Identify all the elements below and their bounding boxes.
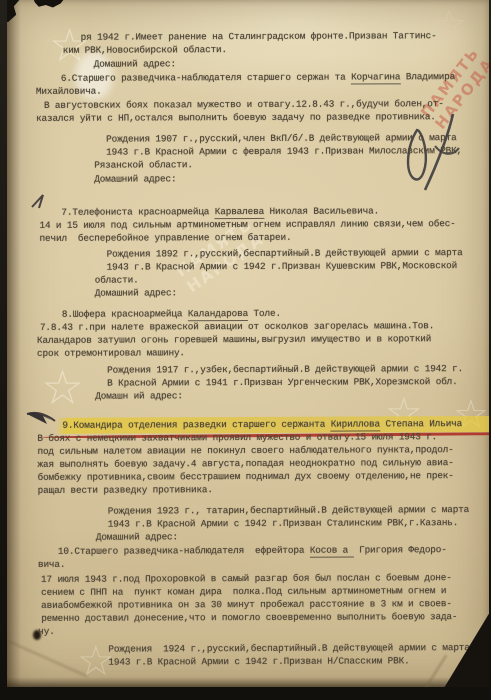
document-line: ря 1942 г.Имеет ранение на Сталинградско… bbox=[81, 30, 437, 43]
scanned-document-view: ☆ ☆ ☆ ☆ ☆ ☆ ПАМЯТЬ НАРОДА ПАМЯТЬ НАРОДА … bbox=[0, 0, 491, 700]
document-line: 1943 г.В Красной Армии с 1942 г.Призван … bbox=[107, 260, 458, 273]
text-segment: ращал вести разведку противника. bbox=[38, 484, 213, 496]
document-line: В боях с немецкими захватчиками проявил … bbox=[37, 431, 437, 444]
text-segment: жая выполнять боевую задачу.4 августа,по… bbox=[38, 457, 454, 470]
text-segment: Николая Васильевича. bbox=[264, 205, 379, 217]
text-segment: вича. bbox=[38, 559, 65, 570]
text-segment: 6.Старшего разведчика-наблюдателя старше… bbox=[61, 72, 351, 84]
document-line: Рязанской области. bbox=[94, 159, 193, 170]
document-line: 6.Старшего разведчика-наблюдателя старше… bbox=[61, 71, 455, 84]
document-line: В Красной Армии с 1941 г.Призван Ургенче… bbox=[107, 376, 458, 389]
text-segment: 9.Командира отделения разведки старшего … bbox=[62, 419, 330, 431]
text-segment: 14 и 15 июля под сильным артминометным о… bbox=[39, 218, 455, 231]
document-line: Домашний адрес: bbox=[94, 58, 176, 69]
text-segment: 7.8.43 г.при налете вражеской авиации от… bbox=[40, 320, 434, 333]
text-segment: Степана Ильича bbox=[380, 418, 462, 429]
document-line: вича. bbox=[38, 559, 65, 570]
document-line: 8.Шофера красноармейца Каландарова Толе. bbox=[62, 308, 281, 320]
document-line: В августовских боях показал мужество и о… bbox=[44, 98, 444, 111]
text-segment: Григория Федоро- bbox=[354, 544, 447, 555]
document-line: чу. bbox=[38, 626, 54, 637]
underlined-name-text: Карвалева bbox=[215, 206, 264, 219]
document-line: жая выполнять боевую задачу.4 августа,по… bbox=[38, 457, 454, 470]
document-line: 1943 г.В Красной Армии с 1942 г.Призван … bbox=[108, 517, 459, 530]
text-segment: Домашн ий адрес: bbox=[95, 390, 183, 401]
text-segment: В августовских боях показал мужество и о… bbox=[44, 98, 444, 111]
document-line: Домашний адрес: bbox=[94, 173, 176, 184]
underlined-name-text: Кириллова bbox=[331, 418, 380, 431]
text-segment: 1943 г.В Красной Армии с 1942 г.Призван … bbox=[107, 260, 458, 273]
document-lines: ря 1942 г.Имеет ранение на Сталинградско… bbox=[7, 0, 489, 687]
text-segment: 1943 г.В Красной Армии с 1942 г.Призван … bbox=[108, 517, 459, 530]
document-line: Рождения 1917 г.,узбек,беспартийный.В де… bbox=[107, 363, 463, 376]
text-segment: ким РВК,Новосибирской области. bbox=[63, 44, 227, 56]
document-line: сением с ПНП на пункт коман дира полка.П… bbox=[41, 585, 446, 598]
document-line: срок отремонтировал машину. bbox=[37, 347, 185, 359]
document-line: области. bbox=[95, 274, 139, 285]
text-segment: Домашний адрес: bbox=[96, 531, 178, 542]
document-line: Рождения 1907 г.,русский,член ВкП/б/.В д… bbox=[106, 132, 457, 145]
text-segment: бомбежку противника,своим бесстрашием по… bbox=[38, 470, 454, 483]
document-line: авиабомбежкой противника он за 30 минут … bbox=[41, 598, 452, 611]
document-line: под сильным налетом авиации не покинул с… bbox=[37, 444, 453, 457]
text-segment: Владимира bbox=[400, 71, 455, 82]
document-line: 1943 г.В Красной Армии с 1942 г.Призван … bbox=[108, 655, 409, 667]
underlined-name-text: Косов а bbox=[310, 545, 354, 558]
document-line: бомбежку противника,своим бесстрашием по… bbox=[38, 470, 454, 483]
text-segment: под сильным налетом авиации не покинул с… bbox=[37, 444, 453, 457]
text-segment: 17 июля 1943 г.под Прохоровкой в самый р… bbox=[41, 572, 452, 585]
text-segment: авиабомбежкой противника он за 30 минут … bbox=[41, 598, 452, 611]
text-segment: срок отремонтировал машину. bbox=[37, 347, 185, 359]
text-segment: 1943 г.В Красной Армии с 1942 г.Призван … bbox=[108, 655, 409, 667]
document-line: 1943 г.В Красной Армии с февраля 1943 г.… bbox=[106, 145, 462, 158]
text-segment: Рождения 1892 г.,русский,беспартийный.В … bbox=[107, 247, 463, 260]
text-segment: 8.Шофера красноармейца bbox=[62, 308, 188, 320]
underlined-name-text: Каландарова bbox=[188, 308, 248, 321]
document-line: казался уйти с НП,остался выполнить боев… bbox=[36, 111, 436, 124]
text-segment: 1943 г.В Красной Армии с февраля 1943 г.… bbox=[106, 145, 462, 158]
document-line: 17 июля 1943 г.под Прохоровкой в самый р… bbox=[41, 572, 452, 585]
document-line: 10.Старшего разведчика-наблюдателя ефрей… bbox=[58, 544, 447, 557]
text-segment: Рязанской области. bbox=[94, 159, 193, 170]
document-line: Домашний адрес: bbox=[95, 287, 177, 298]
document-line: Каландаров затушил огонь горевшей машины… bbox=[37, 333, 431, 346]
document-line: Домашн ий адрес: bbox=[95, 390, 183, 401]
text-segment: 10.Старшего разведчика-наблюдателя ефрей… bbox=[58, 545, 310, 557]
document-line: 14 и 15 июля под сильным артминометным о… bbox=[39, 218, 455, 231]
text-segment: Рождения 1907 г.,русский,член ВкП/б/.В д… bbox=[106, 132, 457, 145]
document-line: ращал вести разведку противника. bbox=[38, 484, 213, 496]
text-segment: печил бесперебойное управление огнем бат… bbox=[40, 232, 292, 244]
text-segment: 7.Телефониста красноармейца bbox=[61, 206, 214, 218]
document-page: ☆ ☆ ☆ ☆ ☆ ☆ ПАМЯТЬ НАРОДА ПАМЯТЬ НАРОДА … bbox=[7, 0, 489, 687]
text-segment: казался уйти с НП,остался выполнить боев… bbox=[36, 111, 436, 124]
text-segment: области. bbox=[95, 274, 139, 285]
document-line: Рождения 1892 г.,русский,беспартийный.В … bbox=[107, 247, 463, 260]
text-segment: Рождения 1924 г.,русский,беспартийный.В … bbox=[108, 642, 469, 655]
document-line: ким РВК,Новосибирской области. bbox=[63, 44, 227, 56]
underlined-name-text: Корчагина bbox=[351, 71, 400, 84]
text-segment: В Красной Армии с 1941 г.Призван Ургенче… bbox=[107, 376, 458, 389]
document-line: Рождения 1923 г., татарин,беспартийный.В… bbox=[108, 504, 469, 517]
text-segment: В боях с немецкими захватчиками проявил … bbox=[37, 431, 437, 444]
text-segment: Толе. bbox=[248, 308, 281, 319]
document-line: Рождения 1924 г.,русский,беспартийный.В … bbox=[108, 642, 469, 655]
document-line: 7.8.43 г.при налете вражеской авиации от… bbox=[40, 320, 434, 333]
text-segment: ременно доставил донесение,что и помогло… bbox=[41, 611, 457, 624]
text-segment: Каландаров затушил огонь горевшей машины… bbox=[37, 333, 431, 346]
text-segment: Домашний адрес: bbox=[94, 173, 176, 184]
document-line: Домашний адрес: bbox=[96, 531, 178, 542]
text-segment: Рождения 1923 г., татарин,беспартийный.В… bbox=[108, 504, 469, 517]
document-line: печил бесперебойное управление огнем бат… bbox=[40, 232, 292, 244]
document-line: ременно доставил донесение,что и помогло… bbox=[41, 611, 457, 624]
document-line: Михайловича. bbox=[36, 86, 102, 97]
text-segment: Рождения 1917 г.,узбек,беспартийный.В де… bbox=[107, 363, 463, 376]
text-segment: Домашний адрес: bbox=[95, 287, 177, 298]
text-segment: чу. bbox=[38, 626, 54, 637]
text-segment: сением с ПНП на пункт коман дира полка.П… bbox=[41, 585, 446, 598]
document-line: 7.Телефониста красноармейца Карвалева Ни… bbox=[61, 205, 379, 217]
text-segment: Домашний адрес: bbox=[94, 58, 176, 69]
text-segment: ря 1942 г.Имеет ранение на Сталинградско… bbox=[81, 30, 437, 43]
text-segment: Михайловича. bbox=[36, 86, 102, 97]
